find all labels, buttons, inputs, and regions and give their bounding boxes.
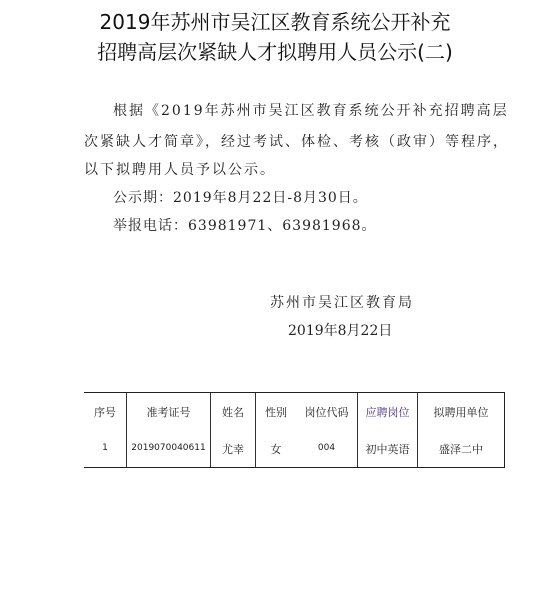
paragraph-line-2: 次紧缺人才简章》，经过考试、体检、考核（政审）等程序， <box>84 131 509 151</box>
header-position-code: 岗位代码 <box>296 404 357 420</box>
header-exam-number: 准考证号 <box>127 404 210 420</box>
header-applied-position: 应聘岗位 <box>358 404 417 420</box>
header-hiring-unit: 拟聘用单位 <box>418 404 504 420</box>
cell-applied-position: 初中英语 <box>358 441 417 457</box>
report-phone: 举报电话：63981971、63981968。 <box>113 215 377 235</box>
header-name: 姓名 <box>211 404 255 420</box>
publicity-period: 公示期：2019年8月22日-8月30日。 <box>113 187 368 207</box>
signature-org: 苏州市吴江区教育局 <box>270 292 414 312</box>
cell-position-code: 004 <box>296 443 357 453</box>
title-line-2: 招聘高层次紧缺人才拟聘用人员公示(二) <box>0 36 550 65</box>
paragraph-line-1: 根据《2019年苏州市吴江区教育系统公开补充招聘高层 <box>113 100 509 120</box>
cell-name: 尤幸 <box>211 441 255 457</box>
header-index: 序号 <box>84 404 126 420</box>
paragraph-line-3: 以下拟聘用人员予以公示。 <box>84 159 276 179</box>
cell-index: 1 <box>84 443 126 453</box>
cell-hiring-unit: 盛泽二中 <box>418 441 504 457</box>
cell-exam-number: 2019070040611 <box>127 443 210 453</box>
candidates-table: 序号 准考证号 姓名 性别 岗位代码 应聘岗位 拟聘用单位 1 20190700… <box>84 392 505 468</box>
title-line-1: 2019年苏州市吴江区教育系统公开补充 <box>0 6 550 35</box>
cell-gender: 女 <box>256 441 296 457</box>
signature-date: 2019年8月22日 <box>288 320 392 340</box>
header-gender: 性别 <box>256 404 296 420</box>
